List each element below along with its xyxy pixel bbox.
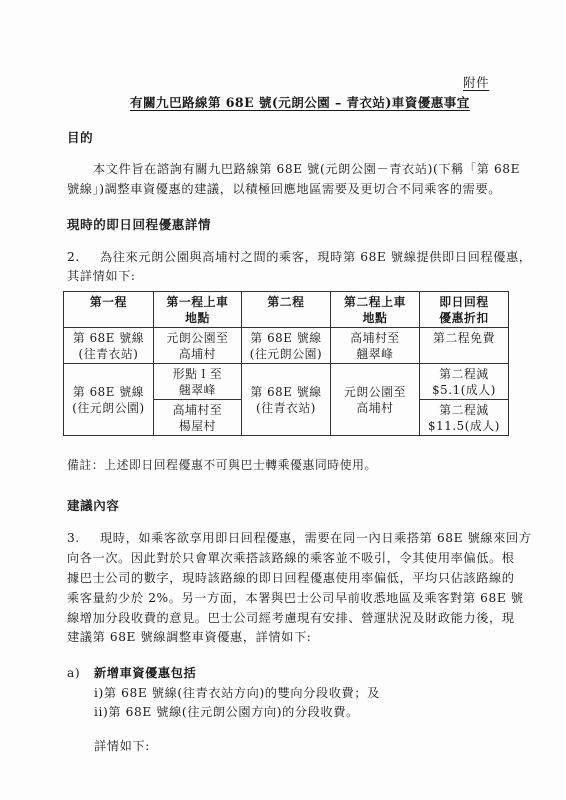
header-text: 第二程上車 地點 <box>344 295 406 325</box>
cell-second-leg: 第 68E 號線 (往青衣站) <box>242 364 331 436</box>
proposal-line-2: 向各一次。因此對於只會單次乘搭該路線的乘客並不吸引，令其使用率偏低。根 <box>67 551 515 565</box>
current-line-2: 其詳情如下: <box>67 269 136 283</box>
current-line-1: 為往來元朗公園與高埔村之間的乘客，現時第 68E 號線提供即日回程優惠， <box>100 250 532 264</box>
table-row: 第 68E 號線 (往元朗公園) 形點Ｉ至 翹翠峰 第 68E 號線 (往青衣站… <box>64 364 509 400</box>
cell-first-leg: 第 68E 號線 (往青衣站) <box>64 328 154 364</box>
purpose-line-1: 本文件旨在諮詢有關九巴路線第 68E 號(元朗公園－青衣站)(下稱「第 68E <box>93 162 520 176</box>
cell-first-leg-boarding-a: 形點Ｉ至 翹翠峰 <box>154 364 242 400</box>
header-second-leg-boarding: 第二程上車 地點 <box>331 292 420 328</box>
details-label: 詳情如下: <box>94 739 150 753</box>
header-first-leg-boarding: 第一程上車 地點 <box>154 292 242 328</box>
sub-item-title-a: 新增車資優惠包括 <box>94 666 196 680</box>
proposal-line-4: 乘客量約少於 2%。另一方面，本署與巴士公司早前收悉地區及乘客對第 68E 號 <box>67 591 524 605</box>
header-text: 第一程上車 地點 <box>167 295 229 325</box>
cell-discount-a: 第二程減 $5.1(成人) <box>420 364 509 400</box>
header-text: 第二程 <box>267 295 304 309</box>
cell-second-leg-boarding: 高埔村至 翹翠峰 <box>331 328 420 364</box>
cell-second-leg-boarding: 元朗公園至 高埔村 <box>331 364 420 436</box>
cell-discount: 第二程免費 <box>420 328 509 364</box>
cell-first-leg: 第 68E 號線 (往元朗公園) <box>64 364 154 436</box>
cell-first-leg-boarding-b: 高埔村至 楊屋村 <box>154 400 242 436</box>
sub-item-label-a: a) <box>67 666 80 680</box>
header-text: 即日回程 優惠折扣 <box>439 295 489 325</box>
purpose-line-2: 號線」)調整車資優惠的建議，以積極回應地區需要及更切合不同乘客的需要。 <box>67 182 501 196</box>
sub-item-ii: ii)第 68E 號線(往元朗公園方向)的分段收費。 <box>94 705 359 719</box>
sub-item-i: i)第 68E 號線(往青衣站方向)的雙向分段收費；及 <box>94 686 380 700</box>
section-heading-proposal: 建議內容 <box>67 499 119 513</box>
proposal-line-1: 現時，如乘客欲享用即日回程優惠，需要在同一內日乘搭第 68E 號線來回方 <box>100 531 532 545</box>
discount-table: 第一程 第一程上車 地點 第二程 第二程上車 地點 即日回程 優惠折扣 第 68… <box>63 291 509 436</box>
header-discount: 即日回程 優惠折扣 <box>420 292 509 328</box>
proposal-line-3: 據巴士公司的數字，現時該路線的即日回程優惠使用率偏低，平均只佔該路線的 <box>67 571 515 585</box>
header-first-leg: 第一程 <box>64 292 154 328</box>
cell-discount-b: 第二程減 $11.5(成人) <box>420 400 509 436</box>
proposal-line-5: 線增加分段收費的意見。巴士公司經考慮現有安排、營運狀況及財政能力後，現 <box>67 611 515 625</box>
table-note: 備註：上述即日回程優惠不可與巴士轉乘優惠同時使用。 <box>67 458 377 472</box>
section-heading-current: 現時的即日回程優惠詳情 <box>67 218 211 232</box>
document-title: 有關九巴路線第 68E 號(元朗公園 – 青衣站)車資優惠事宜 <box>130 96 470 110</box>
header-second-leg: 第二程 <box>242 292 331 328</box>
table-header-row: 第一程 第一程上車 地點 第二程 第二程上車 地點 即日回程 優惠折扣 <box>64 292 509 328</box>
para-number-2: 2. <box>67 250 80 264</box>
para-number-3: 3. <box>67 531 80 545</box>
section-heading-purpose: 目的 <box>67 131 93 145</box>
cell-first-leg-boarding: 元朗公園至 高埔村 <box>154 328 242 364</box>
header-text: 第一程 <box>90 295 127 309</box>
proposal-line-6: 建議第 68E 號線調整車資優惠，詳情如下: <box>67 630 311 644</box>
cell-second-leg: 第 68E 號線 (往元朗公園) <box>242 328 331 364</box>
table-row: 第 68E 號線 (往青衣站) 元朗公園至 高埔村 第 68E 號線 (往元朗公… <box>64 328 509 364</box>
annex-label: 附件 <box>463 76 489 90</box>
